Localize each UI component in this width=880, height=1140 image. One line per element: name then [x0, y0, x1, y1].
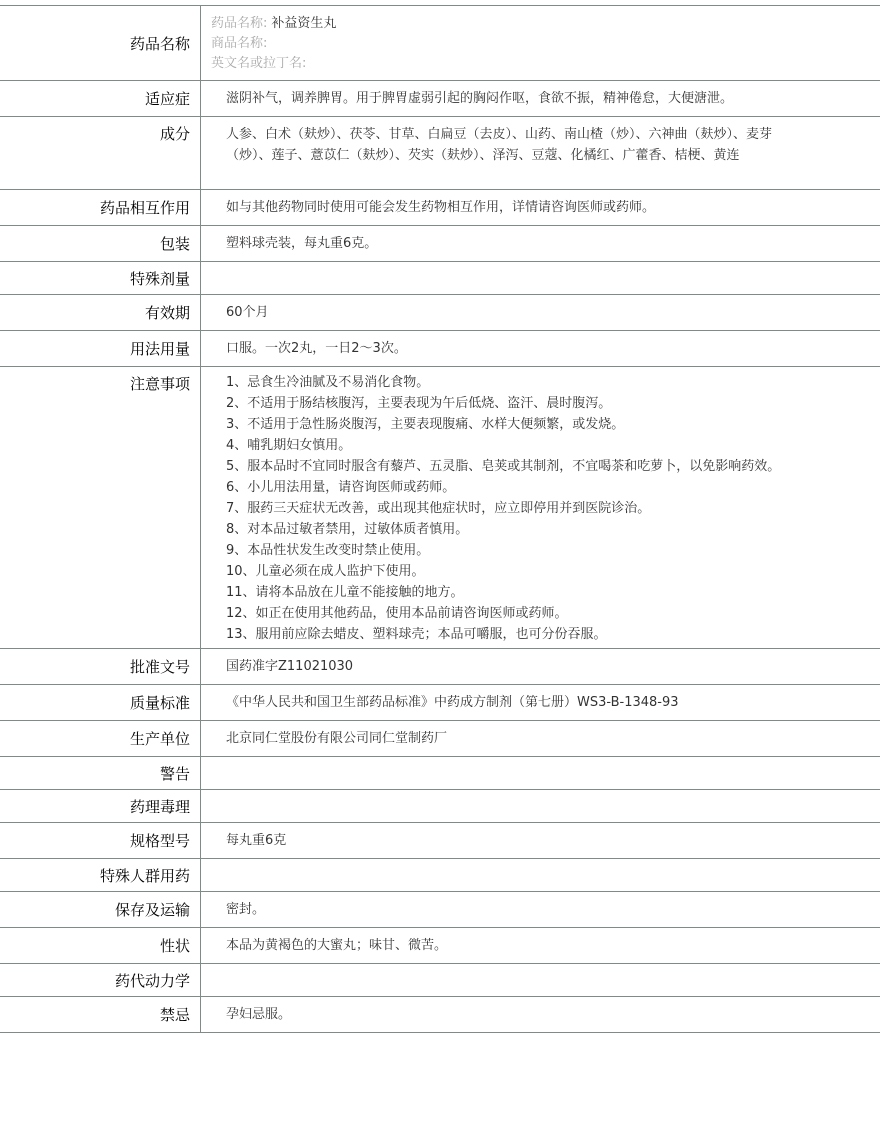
english-name-line: 英文名或拉丁名: [211, 54, 785, 74]
row-packaging: 包装 塑料球壳装，每丸重6克。 [0, 226, 880, 262]
row-value: 如与其他药物同时使用可能会发生药物相互作用，详情请咨询医师或药师。 [201, 190, 880, 226]
row-label: 注意事项 [0, 367, 201, 649]
row-label: 保存及运输 [0, 892, 201, 928]
row-label: 禁忌 [0, 997, 201, 1033]
row-pharmacology-toxicology: 药理毒理 [0, 790, 880, 823]
row-label: 批准文号 [0, 649, 201, 685]
row-label: 特殊剂量 [0, 262, 201, 295]
english-name-key: 英文名或拉丁名: [211, 56, 306, 71]
precaution-item: 3、不适用于急性肠炎腹泻，主要表现腹痛、水样大便频繁，或发烧。 [226, 414, 785, 435]
row-value [201, 757, 880, 790]
row-value [201, 964, 880, 997]
precaution-item: 2、不适用于肠结核腹泻，主要表现为午后低烧、盗汗、晨时腹泻。 [226, 393, 785, 414]
row-value: 国药准字Z11021030 [201, 649, 880, 685]
generic-name-value: 补益资生丸 [271, 16, 336, 31]
row-indications: 适应症 滋阴补气，调养脾胃。用于脾胃虚弱引起的胸闷作呕，食欲不振，精神倦怠，大便… [0, 81, 880, 117]
row-value: 滋阴补气，调养脾胃。用于脾胃虚弱引起的胸闷作呕，食欲不振，精神倦怠，大便溏泄。 [201, 81, 880, 117]
row-value: 本品为黄褐色的大蜜丸；味甘、微苦。 [201, 928, 880, 964]
row-label: 适应症 [0, 81, 201, 117]
precaution-item: 9、本品性状发生改变时禁止使用。 [226, 540, 785, 561]
row-label: 质量标准 [0, 685, 201, 721]
row-quality-standard: 质量标准 《中华人民共和国卫生部药品标准》中药成方制剂（第七册）WS3-B-13… [0, 685, 880, 721]
precautions-list: 1、忌食生冷油腻及不易消化食物。 2、不适用于肠结核腹泻，主要表现为午后低烧、盗… [201, 367, 880, 649]
precaution-item: 4、哺乳期妇女慎用。 [226, 435, 785, 456]
trade-name-key: 商品名称: [211, 36, 267, 51]
row-label: 生产单位 [0, 721, 201, 757]
row-special-dosage: 特殊剂量 [0, 262, 880, 295]
row-special-populations: 特殊人群用药 [0, 859, 880, 892]
row-pharmacokinetics: 药代动力学 [0, 964, 880, 997]
row-value: 60个月 [201, 295, 880, 331]
row-value: 孕妇忌服。 [201, 997, 880, 1033]
row-approval-number: 批准文号 国药准字Z11021030 [0, 649, 880, 685]
row-value: 《中华人民共和国卫生部药品标准》中药成方制剂（第七册）WS3-B-1348-93 [201, 685, 880, 721]
row-interactions: 药品相互作用 如与其他药物同时使用可能会发生药物相互作用，详情请咨询医师或药师。 [0, 190, 880, 226]
row-label: 规格型号 [0, 823, 201, 859]
precaution-item: 10、儿童必须在成人监护下使用。 [226, 561, 785, 582]
row-label: 药品相互作用 [0, 190, 201, 226]
row-label: 成分 [0, 117, 201, 190]
row-label: 药代动力学 [0, 964, 201, 997]
row-ingredients: 成分 人参、白术（麸炒）、茯苓、甘草、白扁豆（去皮）、山药、南山楂（炒）、六神曲… [0, 117, 880, 190]
row-shelf-life: 有效期 60个月 [0, 295, 880, 331]
drug-name-values: 药品名称:补益资生丸 商品名称: 英文名或拉丁名: [201, 6, 880, 81]
row-value [201, 859, 880, 892]
precaution-item: 6、小儿用法用量，请咨询医师或药师。 [226, 477, 785, 498]
precaution-item: 8、对本品过敏者禁用，过敏体质者慎用。 [226, 519, 785, 540]
row-value: 塑料球壳装，每丸重6克。 [201, 226, 880, 262]
row-drug-name: 药品名称 药品名称:补益资生丸 商品名称: 英文名或拉丁名: [0, 6, 880, 81]
precaution-item: 5、服本品时不宜同时服含有藜芦、五灵脂、皂荚或其制剂，不宜喝茶和吃萝卜，以免影响… [226, 456, 785, 477]
row-value: 每丸重6克 [201, 823, 880, 859]
precaution-item: 7、服药三天症状无改善，或出现其他症状时，应立即停用并到医院诊治。 [226, 498, 785, 519]
row-contraindications: 禁忌 孕妇忌服。 [0, 997, 880, 1033]
row-value: 密封。 [201, 892, 880, 928]
row-description: 性状 本品为黄褐色的大蜜丸；味甘、微苦。 [0, 928, 880, 964]
row-value [201, 790, 880, 823]
row-manufacturer: 生产单位 北京同仁堂股份有限公司同仁堂制药厂 [0, 721, 880, 757]
precaution-item: 1、忌食生冷油腻及不易消化食物。 [226, 372, 785, 393]
drug-info-table: 药品名称 药品名称:补益资生丸 商品名称: 英文名或拉丁名: 适应症 滋阴补气，… [0, 5, 880, 1033]
precaution-item: 13、服用前应除去蜡皮、塑料球壳；本品可嚼服，也可分份吞服。 [226, 624, 785, 645]
precaution-item: 12、如正在使用其他药品，使用本品前请咨询医师或药师。 [226, 603, 785, 624]
row-warning: 警告 [0, 757, 880, 790]
precaution-item: 11、请将本品放在儿童不能接触的地方。 [226, 582, 785, 603]
generic-name-key: 药品名称: [211, 16, 267, 31]
row-label: 警告 [0, 757, 201, 790]
row-value: 北京同仁堂股份有限公司同仁堂制药厂 [201, 721, 880, 757]
row-value: 人参、白术（麸炒）、茯苓、甘草、白扁豆（去皮）、山药、南山楂（炒）、六神曲（麸炒… [201, 117, 880, 190]
row-label: 用法用量 [0, 331, 201, 367]
trade-name-line: 商品名称: [211, 34, 785, 54]
drug-info-sheet: 药品名称 药品名称:补益资生丸 商品名称: 英文名或拉丁名: 适应症 滋阴补气，… [0, 0, 880, 1033]
row-value: 口服。一次2丸，一日2～3次。 [201, 331, 880, 367]
row-label: 性状 [0, 928, 201, 964]
generic-name-line: 药品名称:补益资生丸 [211, 14, 785, 34]
row-value [201, 262, 880, 295]
row-label: 有效期 [0, 295, 201, 331]
row-storage-transport: 保存及运输 密封。 [0, 892, 880, 928]
row-label: 特殊人群用药 [0, 859, 201, 892]
row-precautions: 注意事项 1、忌食生冷油腻及不易消化食物。 2、不适用于肠结核腹泻，主要表现为午… [0, 367, 880, 649]
row-label: 药理毒理 [0, 790, 201, 823]
row-usage-dosage: 用法用量 口服。一次2丸，一日2～3次。 [0, 331, 880, 367]
row-specification: 规格型号 每丸重6克 [0, 823, 880, 859]
row-label: 包装 [0, 226, 201, 262]
row-label: 药品名称 [0, 6, 201, 81]
